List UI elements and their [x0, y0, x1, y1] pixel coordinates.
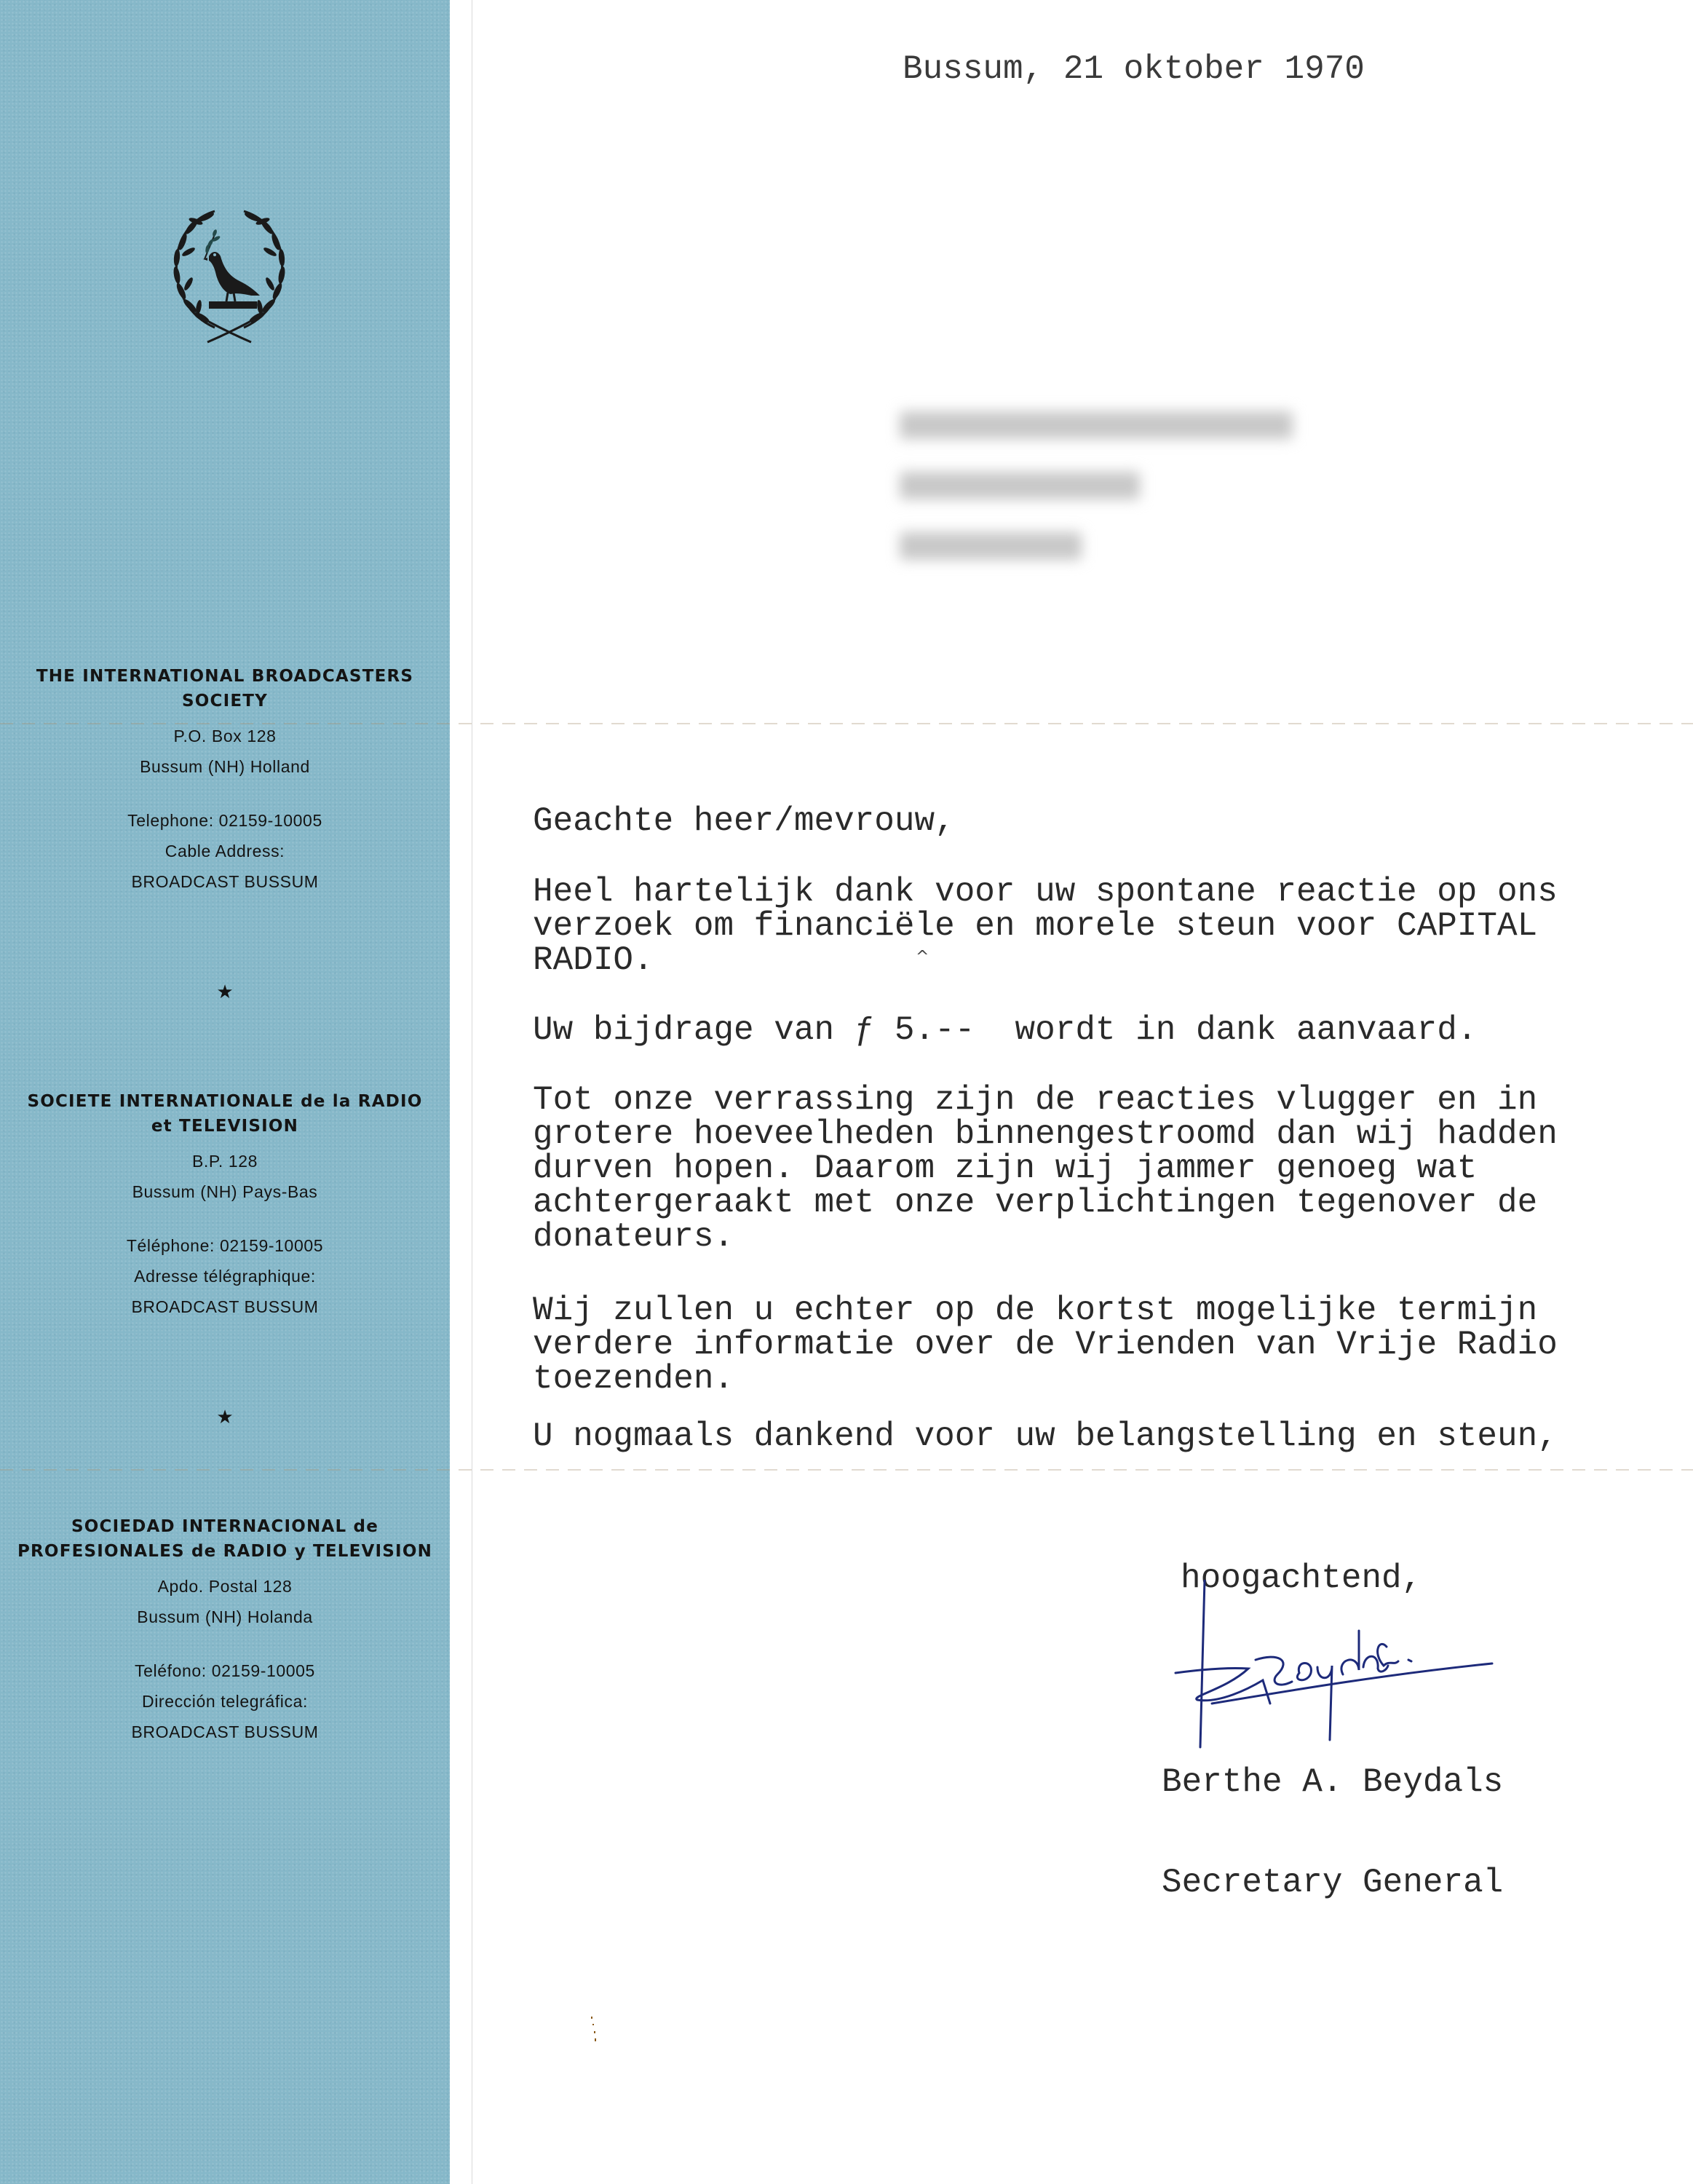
telephone: Telephone: 02159-10005	[0, 805, 450, 836]
star-icon: ★	[0, 1406, 450, 1428]
dove-wreath-logo-icon	[164, 205, 295, 344]
recipient-address-redacted	[900, 411, 1307, 564]
telephone: Teléfono: 02159-10005	[0, 1655, 450, 1686]
paper-stain-mark	[591, 2017, 597, 2046]
city: Bussum (NH) Holland	[0, 751, 450, 782]
paragraph-information: Wij zullen u echter op de kortst mogelij…	[533, 1294, 1558, 1396]
paper-crease	[472, 0, 472, 2184]
postal-box: B.P. 128	[0, 1146, 450, 1176]
fold-line-lower	[0, 1469, 1693, 1471]
cable-address: BROADCAST BUSSUM	[0, 1291, 450, 1322]
postal-box: Apdo. Postal 128	[0, 1571, 450, 1602]
org-name: SOCIETE INTERNATIONALE de la RADIO	[0, 1089, 450, 1114]
signer-title: Secretary General	[1162, 1866, 1503, 1899]
star-icon: ★	[0, 981, 450, 1003]
paragraph-gratitude: U nogmaals dankend voor uw belangstellin…	[533, 1420, 1558, 1454]
paragraph-contribution: Uw bijdrage van ƒ 5.-- wordt in dank aan…	[533, 1013, 1477, 1048]
signer-name: Berthe A. Beydals	[1162, 1765, 1503, 1799]
telephone: Téléphone: 02159-10005	[0, 1230, 450, 1261]
cable-address: BROADCAST BUSSUM	[0, 1717, 450, 1747]
org-name: et TELEVISION	[0, 1114, 450, 1139]
paragraph-delay: Tot onze verrassing zijn de reacties vlu…	[533, 1083, 1558, 1254]
city: Bussum (NH) Holanda	[0, 1602, 450, 1632]
letterhead-block-english: THE INTERNATIONAL BROADCASTERS SOCIETY P…	[0, 664, 450, 897]
org-name: SOCIETY	[0, 689, 450, 713]
cable-label: Dirección telegráfica:	[0, 1686, 450, 1717]
paragraph-thanks: Heel hartelijk dank voor uw spontane rea…	[533, 875, 1558, 978]
signer-block: Berthe A. Beydals Secretary General	[1162, 1698, 1503, 1933]
org-name: PROFESIONALES de RADIO y TELEVISION	[0, 1539, 450, 1564]
cable-label: Adresse télégraphique:	[0, 1261, 450, 1291]
letterhead-block-french: SOCIETE INTERNATIONALE de la RADIO et TE…	[0, 1089, 450, 1322]
city: Bussum (NH) Pays-Bas	[0, 1176, 450, 1207]
org-name: THE INTERNATIONAL BROADCASTERS	[0, 664, 450, 689]
postal-box: P.O. Box 128	[0, 721, 450, 751]
salutation: Geachte heer/mevrouw,	[533, 804, 955, 839]
typewriter-caret-mark: ^	[916, 948, 929, 966]
letter-date: Bussum, 21 oktober 1970	[903, 52, 1365, 87]
letterhead-block-spanish: SOCIEDAD INTERNACIONAL de PROFESIONALES …	[0, 1514, 450, 1747]
org-name: SOCIEDAD INTERNACIONAL de	[0, 1514, 450, 1539]
cable-address: BROADCAST BUSSUM	[0, 866, 450, 897]
cable-label: Cable Address:	[0, 836, 450, 866]
